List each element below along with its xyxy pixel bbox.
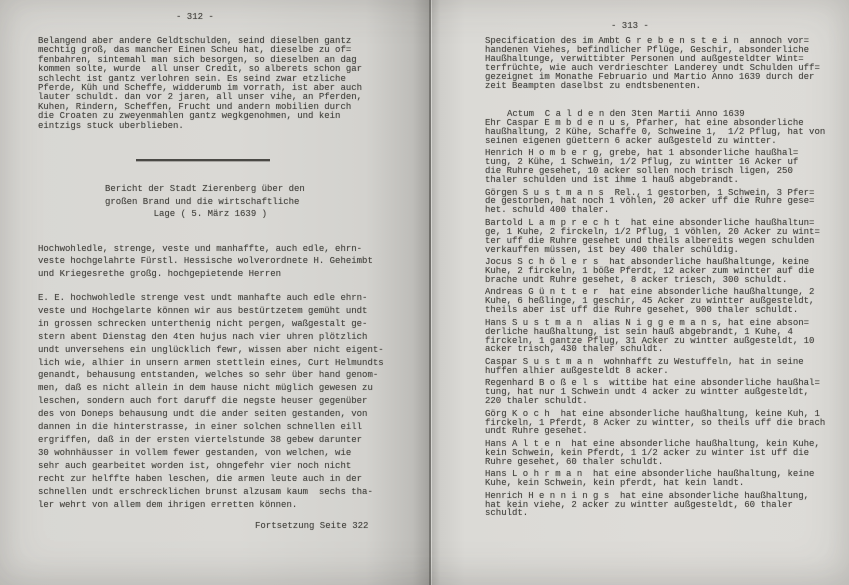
fire-report-paragraph: E. E. hochwohledle strenge vest undt man… — [38, 292, 410, 511]
continuation-note: Fortsetzung Seite 322 — [255, 521, 368, 531]
entry-hennings: Henrich H e n n i n g s hat eine absonde… — [485, 492, 843, 519]
entry-sustmans: Görgen S u s t m a n s Rel., 1 gestorben… — [485, 189, 843, 216]
entry-lohrman: Hans L o h r m a n hat eine absonderlich… — [485, 470, 843, 488]
entry-homberg: Henrich H o m b e r g, grebe, hat 1 abso… — [485, 149, 843, 185]
page-number-left: - 312 - — [176, 12, 214, 22]
entry-lamprecht: Bartold L a m p r e c h t hat eine abson… — [485, 219, 843, 255]
entry-koch: Görg K o c h hat eine absonderliche hauß… — [485, 410, 843, 437]
book-gutter — [429, 0, 431, 585]
entry-schoelers: Jocus S c h ö l e r s hat absonderliche … — [485, 258, 843, 285]
report-heading: Bericht der Stadt Zierenberg über den gr… — [105, 183, 305, 221]
entry-caspar-sustman: Caspar S u s t m a n wohnhafft zu Westuf… — [485, 358, 843, 376]
entry-sustman-niggemans: Hans S u s t m a n alias N i g g e m a n… — [485, 319, 843, 355]
book-scan: - 312 - Belangend aber andere Geldtschul… — [0, 0, 849, 585]
salutation-paragraph: Hochwohledle, strenge, veste und manhaff… — [38, 243, 408, 280]
debt-paragraph: Belangend aber andere Geldtschulden, sei… — [38, 37, 403, 131]
specification-intro: Specification des im Ambt G r e b e n s … — [485, 37, 845, 92]
heading-divider — [136, 159, 270, 161]
entry-alten: Hans A l t e n hat eine absonderliche ha… — [485, 440, 843, 467]
page-number-right: - 313 - — [611, 21, 649, 31]
entry-guentter: Andreas G ü n t t e r hat eine absonderl… — [485, 288, 843, 315]
entry-bossels: Regenhard B o ß e l s wittibe hat eine a… — [485, 379, 843, 406]
household-entries: Ehr Caspar E m b d e n u s, Pfarher, hat… — [485, 119, 843, 522]
entry-embdenus: Ehr Caspar E m b d e n u s, Pfarher, hat… — [485, 119, 843, 146]
